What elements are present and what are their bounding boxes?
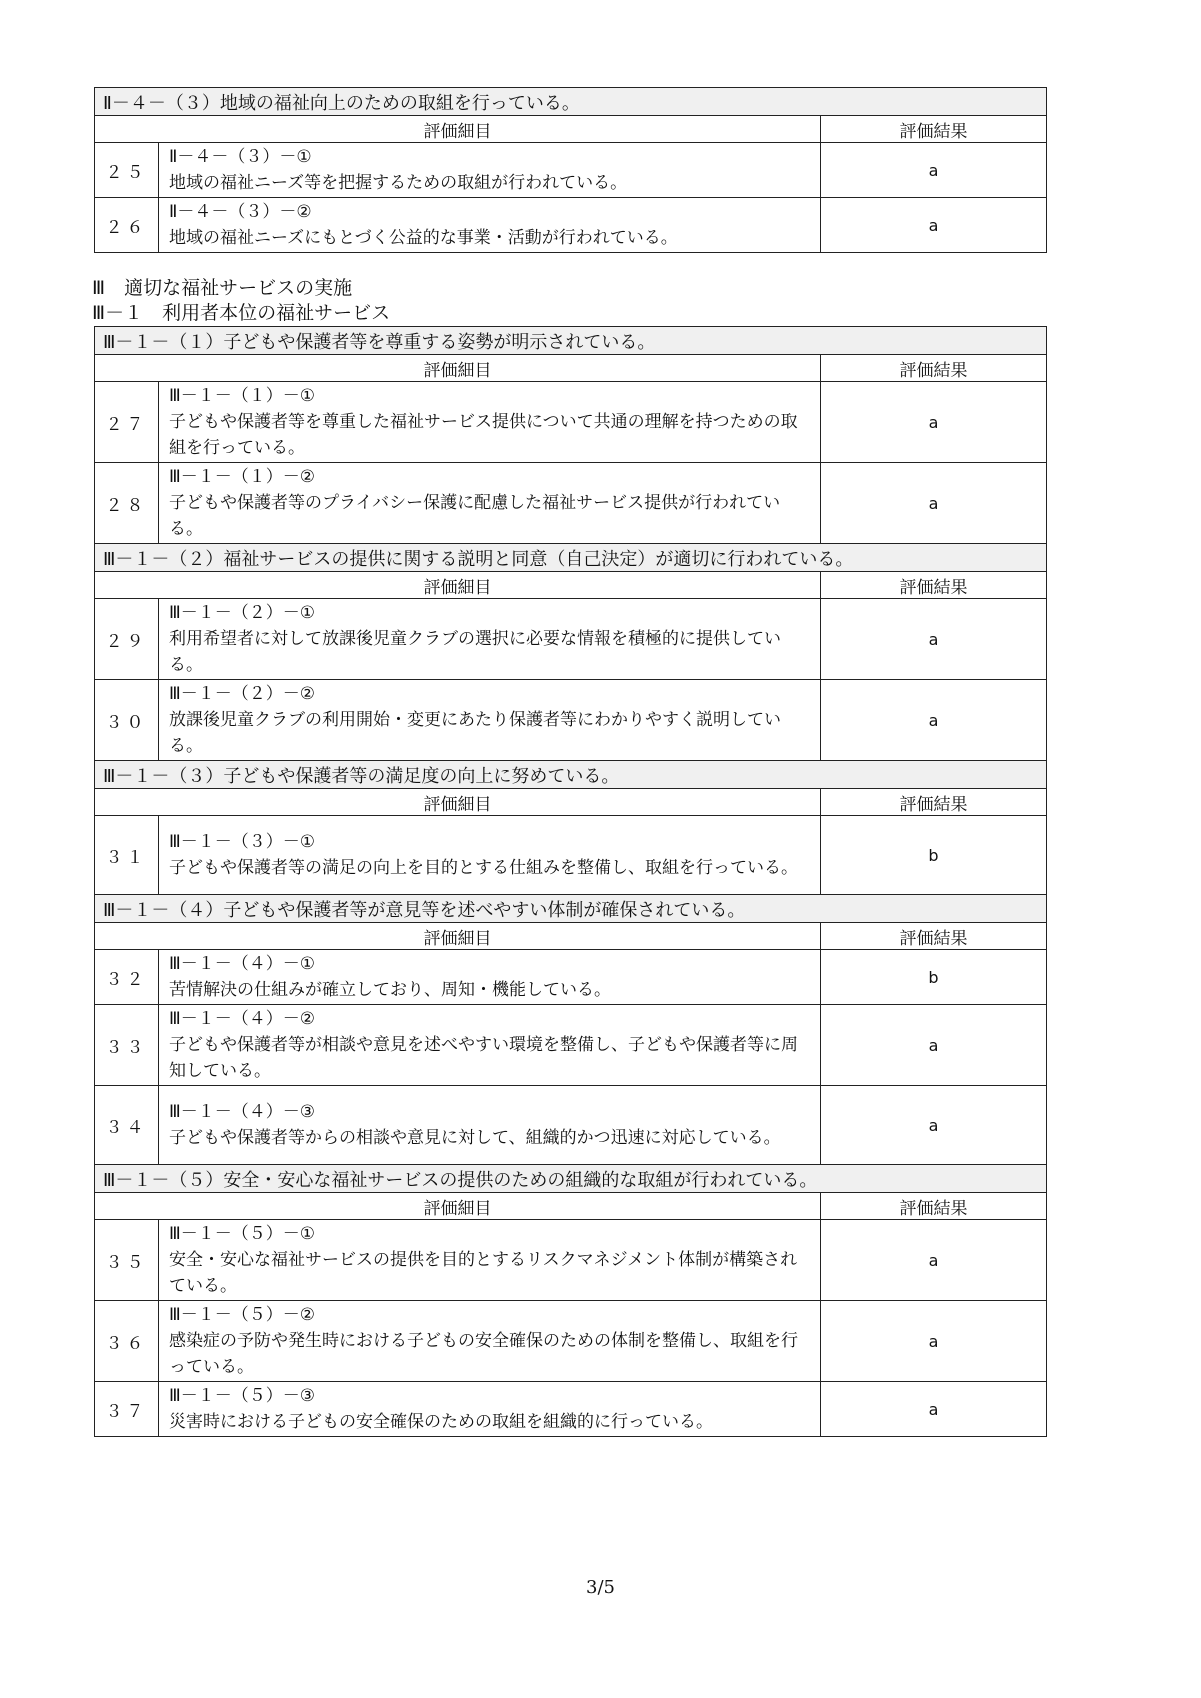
item-code: Ⅲ－１－（４）－① bbox=[169, 951, 810, 977]
item-text: 子どもや保護者等の満足の向上を目的とする仕組みを整備し、取組を行っている。 bbox=[169, 855, 810, 881]
item-code: Ⅲ－１－（５）－② bbox=[169, 1302, 810, 1328]
table-row: ２９ Ⅲ－１－（２）－①利用希望者に対して放課後児童クラブの選択に必要な情報を積… bbox=[95, 599, 1047, 680]
item-result: a bbox=[821, 382, 1047, 463]
item-description: Ⅱ－４－（３）－②地域の福祉ニーズにもとづく公益的な事業・活動が行われている。 bbox=[159, 198, 821, 253]
item-text: 苦情解決の仕組みが確立しており、周知・機能している。 bbox=[169, 977, 810, 1003]
item-description: Ⅲ－１－（１）－①子どもや保護者等を尊重した福祉サービス提供について共通の理解を… bbox=[159, 382, 821, 463]
column-header-result: 評価結果 bbox=[821, 1193, 1047, 1220]
table-row: ２７ Ⅲ－１－（１）－①子どもや保護者等を尊重した福祉サービス提供について共通の… bbox=[95, 382, 1047, 463]
column-header-result: 評価結果 bbox=[821, 572, 1047, 599]
item-text: 感染症の予防や発生時における子どもの安全確保のための体制を整備し、取組を行ってい… bbox=[169, 1328, 810, 1380]
item-result: a bbox=[821, 680, 1047, 761]
document-page: Ⅱ－４－（３）地域の福祉向上のための取組を行っている。 評価細目 評価結果 ２５… bbox=[0, 0, 1201, 1698]
item-description: Ⅲ－１－（２）－①利用希望者に対して放課後児童クラブの選択に必要な情報を積極的に… bbox=[159, 599, 821, 680]
column-header-item: 評価細目 bbox=[95, 923, 821, 950]
item-code: Ⅲ－１－（１）－② bbox=[169, 464, 810, 490]
page-number: 3/5 bbox=[0, 1577, 1201, 1598]
column-header-result: 評価結果 bbox=[821, 923, 1047, 950]
item-description: Ⅲ－１－（１）－②子どもや保護者等のプライバシー保護に配慮した福祉サービス提供が… bbox=[159, 463, 821, 544]
column-header-item: 評価細目 bbox=[95, 116, 821, 143]
section-title: Ⅲ－１－（５）安全・安心な福祉サービスの提供のための組織的な取組が行われている。 bbox=[95, 1165, 1047, 1193]
column-header-item: 評価細目 bbox=[95, 572, 821, 599]
chapter-heading: Ⅲ 適切な福祉サービスの実施 bbox=[92, 276, 352, 300]
item-result: a bbox=[821, 599, 1047, 680]
item-description: Ⅲ－１－（５）－③災害時における子どもの安全確保のための取組を組織的に行っている… bbox=[159, 1382, 821, 1437]
item-number: ３４ bbox=[95, 1086, 159, 1165]
item-code: Ⅲ－１－（２）－① bbox=[169, 600, 810, 626]
table-row: ２５ Ⅱ－４－（３）－①地域の福祉ニーズ等を把握するための取組が行われている。 … bbox=[95, 143, 1047, 198]
item-code: Ⅲ－１－（４）－③ bbox=[169, 1099, 810, 1125]
item-number: ２８ bbox=[95, 463, 159, 544]
item-text: 利用希望者に対して放課後児童クラブの選択に必要な情報を積極的に提供している。 bbox=[169, 626, 810, 678]
item-description: Ⅲ－１－（４）－③子どもや保護者等からの相談や意見に対して、組織的かつ迅速に対応… bbox=[159, 1086, 821, 1165]
item-description: Ⅲ－１－（５）－②感染症の予防や発生時における子どもの安全確保のための体制を整備… bbox=[159, 1301, 821, 1382]
item-text: 子どもや保護者等からの相談や意見に対して、組織的かつ迅速に対応している。 bbox=[169, 1125, 810, 1151]
table-row: ２６ Ⅱ－４－（３）－②地域の福祉ニーズにもとづく公益的な事業・活動が行われてい… bbox=[95, 198, 1047, 253]
item-result: b bbox=[821, 950, 1047, 1005]
item-result: a bbox=[821, 198, 1047, 253]
item-number: ３３ bbox=[95, 1005, 159, 1086]
item-number: ２７ bbox=[95, 382, 159, 463]
section-title: Ⅲ－１－（３）子どもや保護者等の満足度の向上に努めている。 bbox=[95, 761, 1047, 789]
item-description: Ⅲ－１－（３）－①子どもや保護者等の満足の向上を目的とする仕組みを整備し、取組を… bbox=[159, 816, 821, 895]
item-description: Ⅲ－１－（２）－②放課後児童クラブの利用開始・変更にあたり保護者等にわかりやすく… bbox=[159, 680, 821, 761]
item-result: a bbox=[821, 143, 1047, 198]
item-code: Ⅲ－１－（１）－① bbox=[169, 383, 810, 409]
column-header-result: 評価結果 bbox=[821, 116, 1047, 143]
item-description: Ⅲ－１－（４）－②子どもや保護者等が相談や意見を述べやすい環境を整備し、子どもや… bbox=[159, 1005, 821, 1086]
column-header-item: 評価細目 bbox=[95, 355, 821, 382]
item-number: ３６ bbox=[95, 1301, 159, 1382]
table-row: ３３ Ⅲ－１－（４）－②子どもや保護者等が相談や意見を述べやすい環境を整備し、子… bbox=[95, 1005, 1047, 1086]
table-row: ３１ Ⅲ－１－（３）－①子どもや保護者等の満足の向上を目的とする仕組みを整備し、… bbox=[95, 816, 1047, 895]
item-code: Ⅱ－４－（３）－② bbox=[169, 199, 810, 225]
item-code: Ⅲ－１－（２）－② bbox=[169, 681, 810, 707]
evaluation-table-iii-1: Ⅲ－１－（１）子どもや保護者等を尊重する姿勢が明示されている。 評価細目 評価結… bbox=[94, 326, 1047, 1437]
evaluation-table-ii-4-3: Ⅱ－４－（３）地域の福祉向上のための取組を行っている。 評価細目 評価結果 ２５… bbox=[94, 87, 1047, 253]
column-header-result: 評価結果 bbox=[821, 789, 1047, 816]
item-text: 子どもや保護者等のプライバシー保護に配慮した福祉サービス提供が行われている。 bbox=[169, 490, 810, 542]
table-row: ３４ Ⅲ－１－（４）－③子どもや保護者等からの相談や意見に対して、組織的かつ迅速… bbox=[95, 1086, 1047, 1165]
item-text: 子どもや保護者等を尊重した福祉サービス提供について共通の理解を持つための取組を行… bbox=[169, 409, 810, 461]
item-result: a bbox=[821, 1301, 1047, 1382]
item-number: ３２ bbox=[95, 950, 159, 1005]
item-code: Ⅱ－４－（３）－① bbox=[169, 144, 810, 170]
item-code: Ⅲ－１－（４）－② bbox=[169, 1006, 810, 1032]
column-header-item: 評価細目 bbox=[95, 789, 821, 816]
item-code: Ⅲ－１－（５）－③ bbox=[169, 1383, 810, 1409]
item-text: 放課後児童クラブの利用開始・変更にあたり保護者等にわかりやすく説明している。 bbox=[169, 707, 810, 759]
column-header-result: 評価結果 bbox=[821, 355, 1047, 382]
item-code: Ⅲ－１－（５）－① bbox=[169, 1221, 810, 1247]
column-header-item: 評価細目 bbox=[95, 1193, 821, 1220]
item-result: a bbox=[821, 463, 1047, 544]
item-number: ３５ bbox=[95, 1220, 159, 1301]
section-title: Ⅲ－１－（２）福祉サービスの提供に関する説明と同意（自己決定）が適切に行われてい… bbox=[95, 544, 1047, 572]
table-row: ３６ Ⅲ－１－（５）－②感染症の予防や発生時における子どもの安全確保のための体制… bbox=[95, 1301, 1047, 1382]
item-number: ２５ bbox=[95, 143, 159, 198]
item-number: ３７ bbox=[95, 1382, 159, 1437]
section-title: Ⅱ－４－（３）地域の福祉向上のための取組を行っている。 bbox=[95, 88, 1047, 116]
item-text: 安全・安心な福祉サービスの提供を目的とするリスクマネジメント体制が構築されている… bbox=[169, 1247, 810, 1299]
table-row: ３２ Ⅲ－１－（４）－①苦情解決の仕組みが確立しており、周知・機能している。 b bbox=[95, 950, 1047, 1005]
item-result: a bbox=[821, 1220, 1047, 1301]
item-result: b bbox=[821, 816, 1047, 895]
item-number: ３０ bbox=[95, 680, 159, 761]
item-description: Ⅲ－１－（４）－①苦情解決の仕組みが確立しており、周知・機能している。 bbox=[159, 950, 821, 1005]
item-number: ２９ bbox=[95, 599, 159, 680]
item-text: 地域の福祉ニーズ等を把握するための取組が行われている。 bbox=[169, 170, 810, 196]
item-text: 地域の福祉ニーズにもとづく公益的な事業・活動が行われている。 bbox=[169, 225, 810, 251]
table-row: ３０ Ⅲ－１－（２）－②放課後児童クラブの利用開始・変更にあたり保護者等にわかり… bbox=[95, 680, 1047, 761]
item-result: a bbox=[821, 1382, 1047, 1437]
table-row: ３７ Ⅲ－１－（５）－③災害時における子どもの安全確保のための取組を組織的に行っ… bbox=[95, 1382, 1047, 1437]
item-text: 災害時における子どもの安全確保のための取組を組織的に行っている。 bbox=[169, 1409, 810, 1435]
item-number: ３１ bbox=[95, 816, 159, 895]
section-heading: Ⅲ－１ 利用者本位の福祉サービス bbox=[92, 301, 390, 325]
item-result: a bbox=[821, 1086, 1047, 1165]
item-description: Ⅲ－１－（５）－①安全・安心な福祉サービスの提供を目的とするリスクマネジメント体… bbox=[159, 1220, 821, 1301]
item-description: Ⅱ－４－（３）－①地域の福祉ニーズ等を把握するための取組が行われている。 bbox=[159, 143, 821, 198]
item-text: 子どもや保護者等が相談や意見を述べやすい環境を整備し、子どもや保護者等に周知して… bbox=[169, 1032, 810, 1084]
section-title: Ⅲ－１－（１）子どもや保護者等を尊重する姿勢が明示されている。 bbox=[95, 327, 1047, 355]
table-row: ３５ Ⅲ－１－（５）－①安全・安心な福祉サービスの提供を目的とするリスクマネジメ… bbox=[95, 1220, 1047, 1301]
table-row: ２８ Ⅲ－１－（１）－②子どもや保護者等のプライバシー保護に配慮した福祉サービス… bbox=[95, 463, 1047, 544]
section-title: Ⅲ－１－（４）子どもや保護者等が意見等を述べやすい体制が確保されている。 bbox=[95, 895, 1047, 923]
item-number: ２６ bbox=[95, 198, 159, 253]
item-result: a bbox=[821, 1005, 1047, 1086]
item-code: Ⅲ－１－（３）－① bbox=[169, 829, 810, 855]
